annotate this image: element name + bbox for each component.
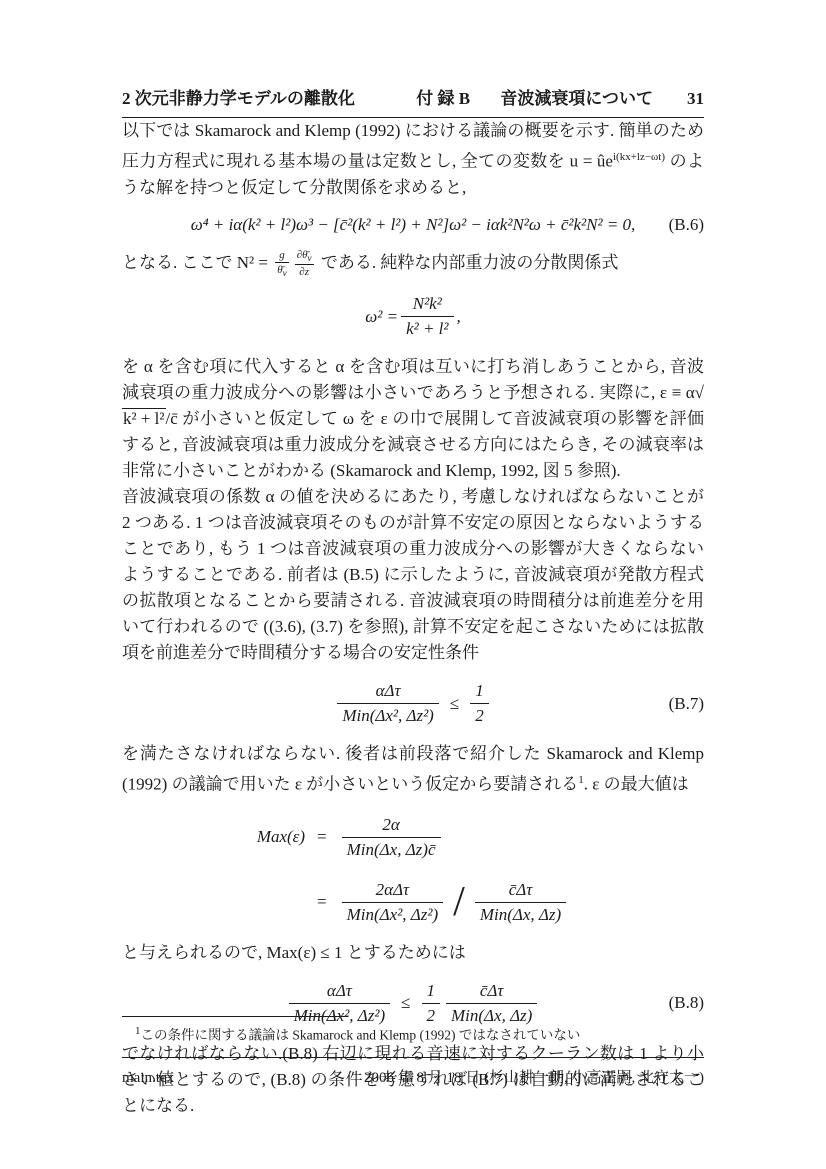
equation-omega2-lhs: ω² = (365, 307, 398, 327)
header-section-title: 2 次元非静力学モデルの離散化 (122, 84, 355, 109)
paragraph-epsilon: を α を含む項に代入すると α を含む項は互いに打ち消しあうことから, 音波減… (122, 354, 704, 484)
leq-sign: ≤ (401, 993, 410, 1013)
header-appendix-label: 付 録 B (416, 89, 470, 108)
leq-sign: ≤ (450, 694, 459, 714)
equation-b6: ω⁴ + iα(k² + l²)ω³ − [c̄²(k² + l²) + N²]… (122, 215, 704, 235)
equation-b7-label: (B.7) (669, 694, 704, 714)
equals-sign: = (317, 892, 327, 912)
division-slash: / (453, 881, 465, 923)
paragraph-alpha-conditions: 音波減衰項の係数 α の値を決めるにあたり, 考慮しなければならないことが 2 … (122, 484, 704, 666)
equation-b8-label: (B.8) (669, 993, 704, 1013)
equation-b6-body: ω⁴ + iα(k² + l²)ω³ − [c̄²(k² + l²) + N²]… (191, 215, 636, 235)
max-epsilon-lhs: Max(ε) (257, 827, 305, 847)
equation-b7-lhs-fraction: αΔτ Min(Δx², Δz²) (337, 680, 439, 727)
paragraph-latter-condition: を満たさなければならない. 後者は前段落で紹介した Skamarock and … (122, 741, 704, 798)
footer-date-authors: 2006 年 8 月 18 日 (杉山耕一朗, 小高正嗣, 北守太一) (364, 1066, 704, 1087)
page-footer: main.tex 2006 年 8 月 18 日 (杉山耕一朗, 小高正嗣, 北… (122, 1066, 704, 1087)
equation-b7-half-fraction: 1 2 (470, 680, 489, 727)
fraction-g-over-theta: gθ̄v (275, 249, 288, 279)
header-appendix-title: 音波減衰項について (500, 89, 653, 108)
footer-rule (122, 1057, 704, 1058)
header-appendix: 付 録 B 音波減衰項について (416, 84, 653, 109)
equation-omega2: ω² = N²k² k² + l² , (122, 293, 704, 340)
footnote-rule (122, 1016, 348, 1017)
fraction-dtheta-dz: ∂θ̄v∂z (295, 249, 314, 279)
fraction-2alpha-dtau: 2αΔτ Min(Δx², Δz²) (342, 879, 444, 926)
equation-omega2-comma: , (457, 307, 461, 327)
paragraph-max-condition: と与えられるので, Max(ε) ≤ 1 とするためには (122, 940, 704, 966)
equation-b7: αΔτ Min(Δx², Δz²) ≤ 1 2 (B.7) (122, 680, 704, 727)
page-number: 31 (687, 89, 704, 109)
page-header: 2 次元非静力学モデルの離散化 付 録 B 音波減衰項について 31 (122, 84, 704, 118)
fraction-2alpha: 2α Min(Δx, Δz)c̄ (342, 814, 441, 861)
document-page: 2 次元非静力学モデルの離散化 付 録 B 音波減衰項について 31 以下では … (0, 0, 826, 1169)
max-epsilon-row1-rhs: 2α Min(Δx, Δz)c̄ (339, 814, 444, 861)
fraction-cbar-dtau: c̄Δτ Min(Δx, Δz) (475, 879, 566, 926)
paragraph-intro: 以下では Skamarock and Klemp (1992) における議論の概… (122, 118, 704, 201)
equation-b6-label: (B.6) (669, 215, 704, 235)
page-bottom: 1この条件に関する議論は Skamarock and Klemp (1992) … (122, 1016, 704, 1087)
equation-omega2-fraction: N²k² k² + l² (401, 293, 453, 340)
equals-sign: = (317, 827, 327, 847)
max-epsilon-row2-rhs: 2αΔτ Min(Δx², Δz²) / c̄Δτ Min(Δx, Δz) (339, 879, 570, 926)
footnote-text: この条件に関する議論は Skamarock and Klemp (1992) で… (141, 1028, 581, 1043)
paragraph-n2-post: である. 純粋な内部重力波の分散関係式 (317, 253, 619, 272)
paragraph-n2-pre: となる. ここで N² = (122, 253, 272, 272)
paragraph-n2: となる. ここで N² = gθ̄v∂θ̄v∂z である. 純粋な内部重力波の分… (122, 249, 704, 279)
footer-filename: main.tex (122, 1070, 174, 1087)
footnote: 1この条件に関する議論は Skamarock and Klemp (1992) … (122, 1022, 704, 1045)
equation-max-epsilon: Max(ε) = 2α Min(Δx, Δz)c̄ = 2αΔτ Min(Δx²… (122, 814, 704, 926)
